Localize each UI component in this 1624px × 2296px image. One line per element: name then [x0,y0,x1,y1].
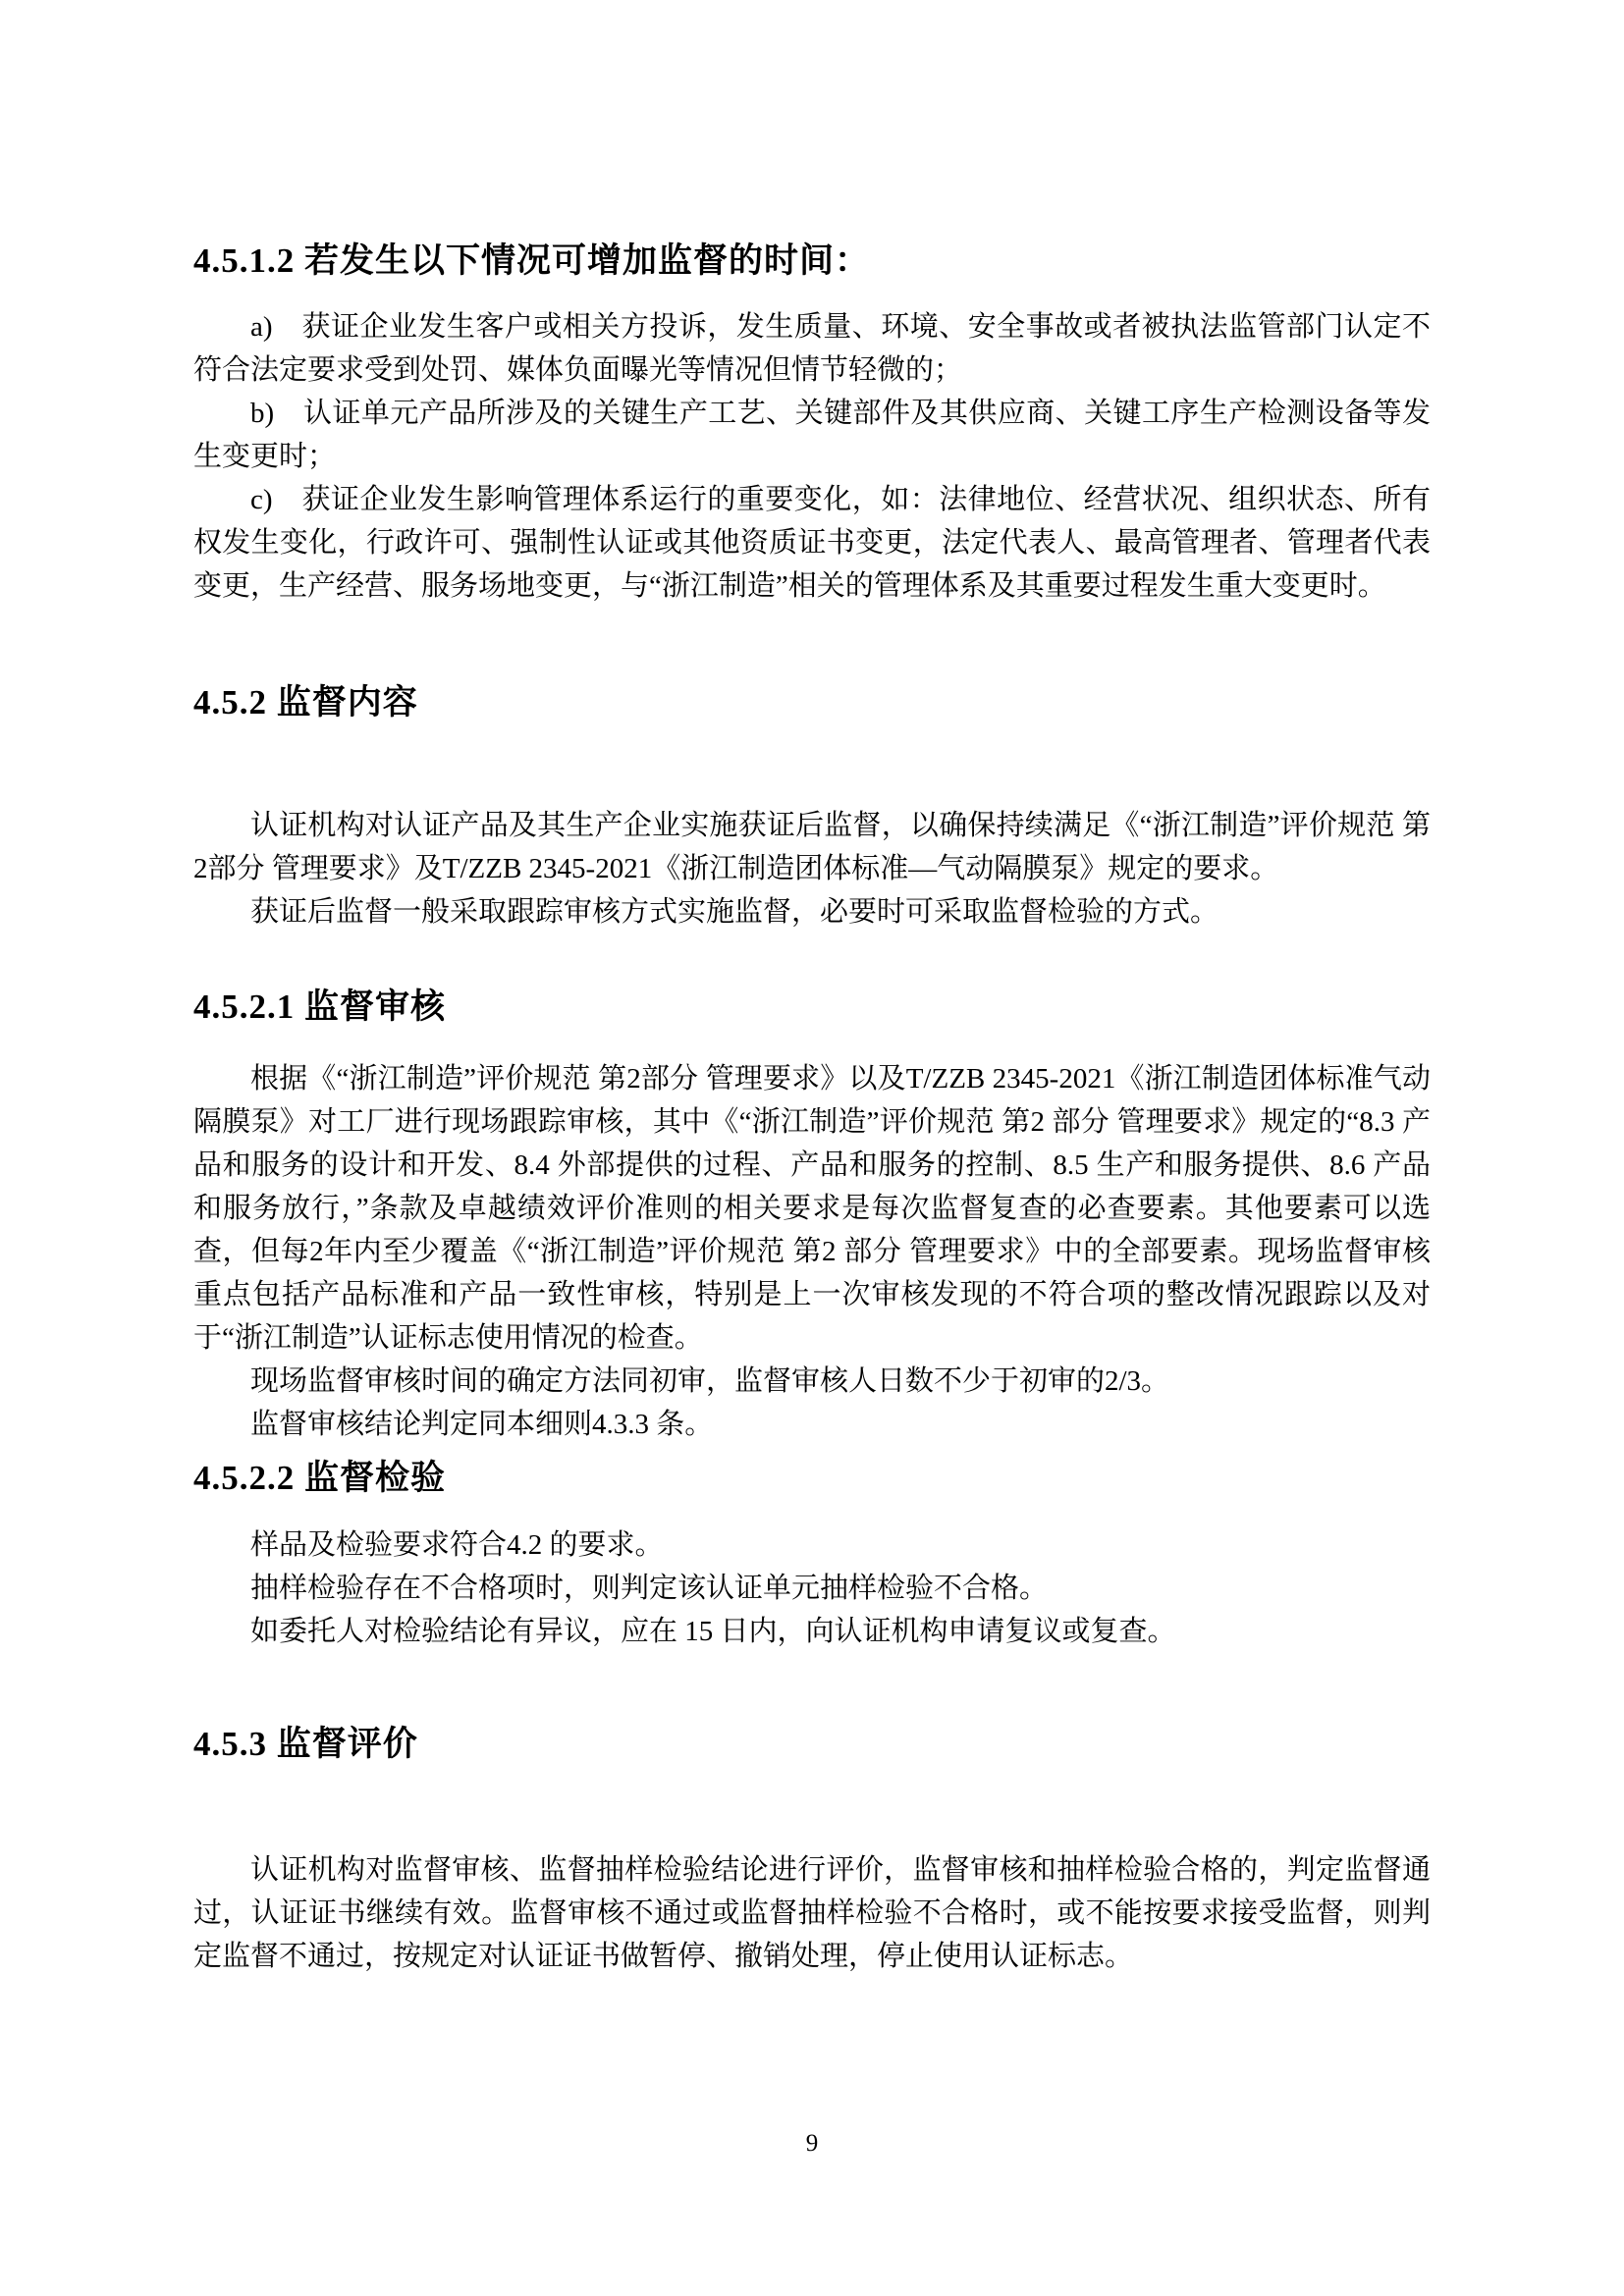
paragraph-item-a: a) 获证企业发生客户或相关方投诉，发生质量、环境、安全事故或者被执法监管部门认… [193,305,1431,392]
heading-4-5-3: 4.5.3 监督评价 [193,1724,1431,1765]
page-number: 9 [0,2129,1624,2159]
paragraph-supervision-scope: 认证机构对认证产品及其生产企业实施获证后监督，以确保持续满足《“浙江制造”评价规… [193,804,1431,890]
paragraph-objection: 如委托人对检验结论有异议，应在 15 日内，向认证机构申请复议或复查。 [193,1610,1431,1653]
heading-4-5-2-1: 4.5.2.1 监督审核 [193,987,1431,1028]
paragraph-item-b: b) 认证单元产品所涉及的关键生产工艺、关键部件及其供应商、关键工序生产检测设备… [193,392,1431,478]
paragraph-evaluation: 认证机构对监督审核、监督抽样检验结论进行评价，监督审核和抽样检验合格的，判定监督… [193,1848,1431,1978]
paragraph-sample-requirement: 样品及检验要求符合4.2 的要求。 [193,1523,1431,1567]
document-page: 4.5.1.2 若发生以下情况可增加监督的时间： a) 获证企业发生客户或相关方… [0,0,1624,2296]
paragraph-audit-time: 现场监督审核时间的确定方法同初审，监督审核人日数不少于初审的2/3。 [193,1360,1431,1403]
heading-4-5-2-2: 4.5.2.2 监督检验 [193,1458,1431,1499]
paragraph-item-c: c) 获证企业发生影响管理体系运行的重要变化，如：法律地位、经营状况、组织状态、… [193,478,1431,608]
paragraph-audit-basis: 根据《“浙江制造”评价规范 第2部分 管理要求》以及T/ZZB 2345-202… [193,1057,1431,1360]
paragraph-sampling-fail: 抽样检验存在不合格项时，则判定该认证单元抽样检验不合格。 [193,1567,1431,1610]
heading-4-5-2: 4.5.2 监督内容 [193,682,1431,723]
paragraph-supervision-method: 获证后监督一般采取跟踪审核方式实施监督，必要时可采取监督检验的方式。 [193,890,1431,934]
heading-4-5-1-2: 4.5.1.2 若发生以下情况可增加监督的时间： [193,240,1431,282]
paragraph-audit-conclusion: 监督审核结论判定同本细则4.3.3 条。 [193,1403,1431,1446]
